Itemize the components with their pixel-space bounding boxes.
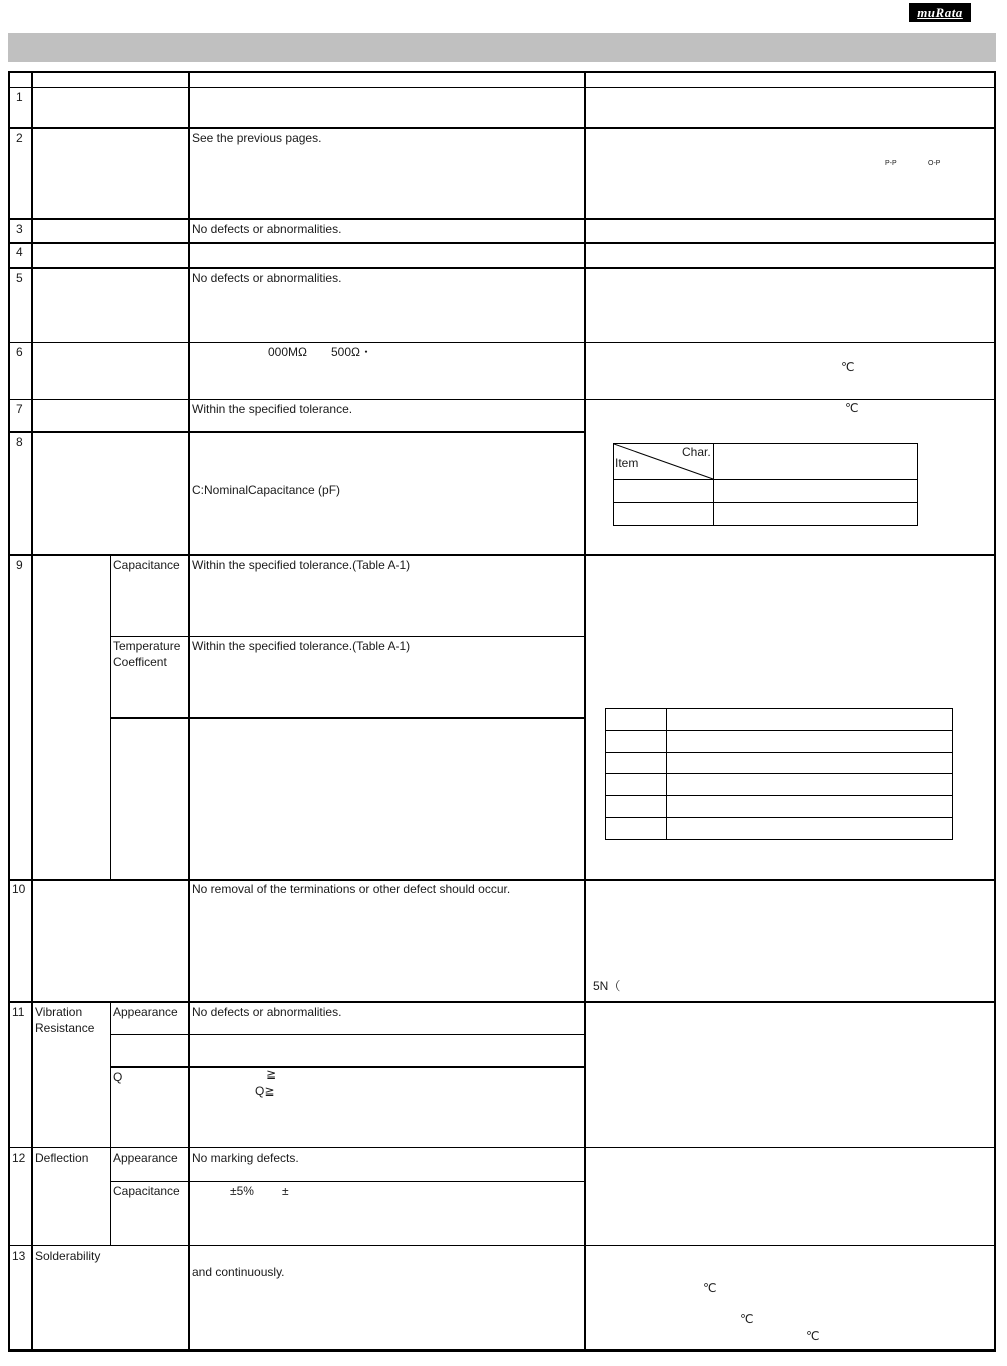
sub-item-label: Appearance: [113, 1004, 178, 1020]
spec-text: No defects or abnormalities.: [192, 1004, 341, 1020]
spec-text: Within the specified tolerance.(Table A-…: [192, 638, 410, 654]
spec-text: ±5%: [230, 1183, 254, 1199]
spec-text: No marking defects.: [192, 1150, 299, 1166]
row-number: 5: [16, 270, 23, 286]
spec-text: No defects or abnormalities.: [192, 270, 341, 286]
char-table: Char. Item: [613, 443, 918, 526]
spec-text: No removal of the terminations or other …: [192, 881, 510, 897]
item-label: Deflection: [35, 1150, 88, 1166]
row-number: 6: [16, 344, 23, 360]
row-number: 10: [12, 881, 25, 897]
spec-text: ±: [282, 1183, 289, 1199]
step-table: [605, 708, 953, 840]
row-number: 4: [16, 244, 23, 260]
spec-text: ≧: [266, 1066, 276, 1082]
method-text: O-P: [928, 160, 940, 168]
method-text: ℃: [703, 1280, 716, 1296]
sub-item-label: Appearance: [113, 1150, 178, 1166]
spec-text: 000MΩ: [268, 344, 307, 360]
method-text: 5N（: [593, 978, 620, 994]
spec-text: 500Ω・: [331, 344, 372, 360]
spec-text: See the previous pages.: [192, 130, 321, 146]
row-number: 11: [12, 1004, 24, 1020]
spec-text: and continuously.: [192, 1264, 285, 1280]
row-number: 13: [12, 1248, 25, 1264]
method-text: ℃: [841, 359, 854, 375]
row-number: 3: [16, 221, 23, 237]
title-banner: [8, 33, 996, 62]
spec-text: No defects or abnormalities.: [192, 221, 341, 237]
row-number: 12: [12, 1150, 25, 1166]
row-number: 1: [16, 89, 23, 105]
row-number: 7: [16, 401, 23, 417]
item-label: Vibration: [35, 1004, 82, 1020]
sub-item-label: Q: [113, 1069, 122, 1085]
item-label: Resistance: [35, 1020, 94, 1036]
row-number: 2: [16, 130, 23, 146]
sub-item-label: Capacitance: [113, 557, 180, 573]
item-header: Item: [615, 455, 638, 471]
char-header: Char.: [682, 444, 711, 460]
method-text: ℃: [806, 1328, 819, 1344]
method-text: P-P: [885, 160, 897, 168]
method-text: ℃: [845, 400, 858, 416]
row-number: 8: [16, 434, 23, 450]
sub-item-label: Capacitance: [113, 1183, 180, 1199]
spec-text: C:NominalCapacitance (pF): [192, 482, 340, 498]
sub-item-label: Coefficent: [113, 654, 167, 670]
spec-text: Q≧: [255, 1083, 274, 1099]
sub-item-label: Temperature: [113, 638, 180, 654]
item-label: Solderability: [35, 1248, 100, 1264]
spec-text: Within the specified tolerance.: [192, 401, 352, 417]
murata-logo: muRata: [909, 3, 971, 22]
method-text: ℃: [740, 1311, 753, 1327]
spec-text: Within the specified tolerance.(Table A-…: [192, 557, 410, 573]
row-number: 9: [16, 557, 23, 573]
